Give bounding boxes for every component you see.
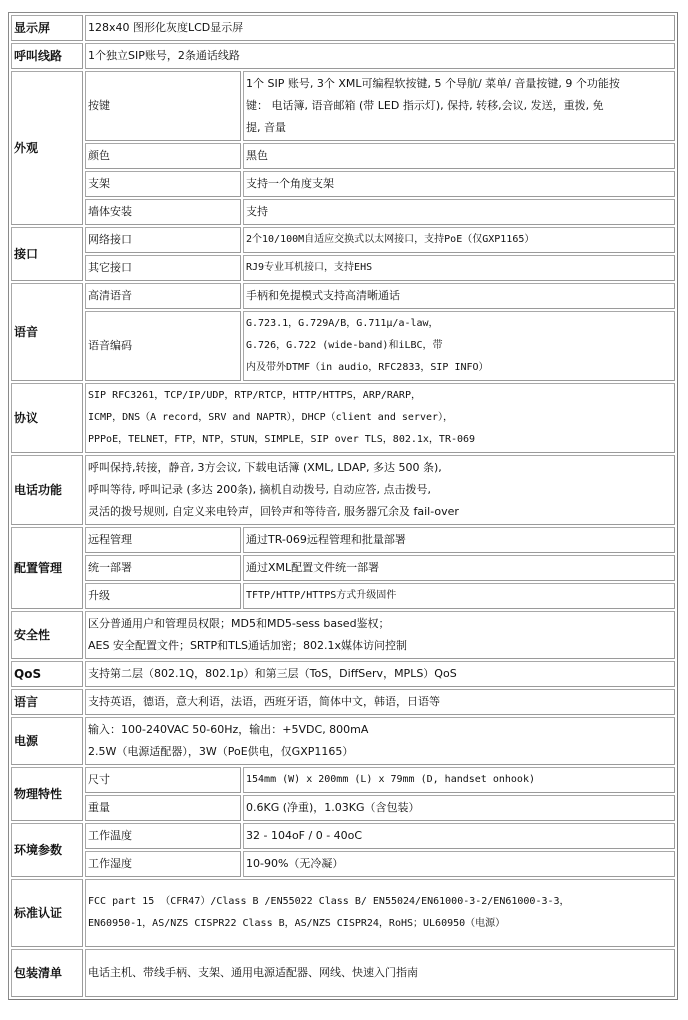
row-appearance-stand: 支架 支持一个角度支架 (11, 171, 675, 197)
value-line: G.723.1，G.729A/B，G.711μ/a-law， (246, 313, 672, 335)
stand-value: 支持一个角度支架 (243, 171, 675, 197)
protocols-value: SIP RFC3261，TCP/IP/UDP，RTP/RTCP，HTTP/HTT… (85, 383, 675, 453)
category-label: 包装清单 (11, 949, 83, 997)
deploy-value: 通过XML配置文件统一部署 (243, 555, 675, 581)
category-label: 协议 (11, 383, 83, 453)
display-value: 128x40 图形化灰度LCD显示屏 (85, 15, 675, 41)
sub-label: 颜色 (85, 143, 241, 169)
row-certification: 标准认证 FCC part 15 （CFR47）/Class B /EN5502… (11, 879, 675, 947)
value-line: 键： 电话簿, 语音邮箱 (带 LED 指示灯), 保持, 转移,会议, 发送，… (246, 95, 672, 117)
value-line: 1个 SIP 账号, 3个 XML可编程软按键, 5 个导航/ 菜单/ 音量按键… (246, 73, 672, 95)
row-language: 语言 支持英语，德语，意大利语，法语，西班牙语，简体中文，韩语，日语等 (11, 689, 675, 715)
value-line: 区分普通用户和管理员权限；MD5和MD5-sess based鉴权； (88, 613, 672, 635)
row-package: 包装清单 电话主机、带线手柄、支架、通用电源适配器、网线、快速入门指南 (11, 949, 675, 997)
category-label: 语言 (11, 689, 83, 715)
sub-label: 工作温度 (85, 823, 241, 849)
power-value: 输入：100-240VAC 50-60Hz，输出：+5VDC, 800mA 2.… (85, 717, 675, 765)
other-interface-value: RJ9专业耳机接口，支持EHS (243, 255, 675, 281)
size-value: 154mm (W) x 200mm (L) x 79mm (D, handset… (243, 767, 675, 793)
package-value: 电话主机、带线手柄、支架、通用电源适配器、网线、快速入门指南 (85, 949, 675, 997)
phone-features-value: 呼叫保持,转接，静音, 3方会议, 下载电话簿 (XML, LDAP, 多达 5… (85, 455, 675, 525)
row-interfaces-network: 接口 网络接口 2个10/100M自适应交换式以太网接口，支持PoE（仅GXP1… (11, 227, 675, 253)
temperature-value: 32 - 104oF / 0 - 40oC (243, 823, 675, 849)
value-line: PPPoE，TELNET，FTP，NTP，STUN，SIMPLE，SIP ove… (88, 429, 672, 451)
value-line: 呼叫保持,转接，静音, 3方会议, 下载电话簿 (XML, LDAP, 多达 5… (88, 457, 672, 479)
value-line: ICMP，DNS（A record，SRV and NAPTR），DHCP（cl… (88, 407, 672, 429)
category-label: 配置管理 (11, 527, 83, 609)
row-qos: QoS 支持第二层（802.1Q，802.1p）和第三层（ToS，DiffSer… (11, 661, 675, 687)
value-line: AES 安全配置文件；SRTP和TLS通话加密；802.1x媒体访问控制 (88, 635, 672, 657)
value-line: 呼叫等待, 呼叫记录 (多达 200条), 摘机自动拨号, 自动应答, 点击拨号… (88, 479, 672, 501)
value-line: FCC part 15 （CFR47）/Class B /EN55022 Cla… (88, 891, 672, 913)
row-config-remote: 配置管理 远程管理 通过TR-069远程管理和批量部署 (11, 527, 675, 553)
sub-label: 语音编码 (85, 311, 241, 381)
remote-mgmt-value: 通过TR-069远程管理和批量部署 (243, 527, 675, 553)
value-line: EN60950-1，AS/NZS CISPR22 Class B，AS/NZS … (88, 913, 672, 935)
row-call-lines: 呼叫线路 1个独立SIP账号，2条通话线路 (11, 43, 675, 69)
category-label: 环境参数 (11, 823, 83, 877)
category-label: 物理特性 (11, 767, 83, 821)
category-label: 接口 (11, 227, 83, 281)
keys-value: 1个 SIP 账号, 3个 XML可编程软按键, 5 个导航/ 菜单/ 音量按键… (243, 71, 675, 141)
sub-label: 尺寸 (85, 767, 241, 793)
value-line: 提, 音量 (246, 117, 672, 139)
row-config-upgrade: 升级 TFTP/HTTP/HTTPS方式升级固件 (11, 583, 675, 609)
category-label: 呼叫线路 (11, 43, 83, 69)
value-line: 内及带外DTMF（in audio，RFC2833，SIP INFO） (246, 357, 672, 379)
weight-value: 0.6KG (净重)，1.03KG（含包装） (243, 795, 675, 821)
value-line: G.726，G.722 (wide-band)和iLBC，带 (246, 335, 672, 357)
color-value: 黑色 (243, 143, 675, 169)
upgrade-value: TFTP/HTTP/HTTPS方式升级固件 (243, 583, 675, 609)
security-value: 区分普通用户和管理员权限；MD5和MD5-sess based鉴权； AES 安… (85, 611, 675, 659)
row-physical-size: 物理特性 尺寸 154mm (W) x 200mm (L) x 79mm (D,… (11, 767, 675, 793)
wall-mount-value: 支持 (243, 199, 675, 225)
language-value: 支持英语，德语，意大利语，法语，西班牙语，简体中文，韩语，日语等 (85, 689, 675, 715)
sub-label: 按键 (85, 71, 241, 141)
row-env-humidity: 工作湿度 10-90%（无冷凝） (11, 851, 675, 877)
category-label: 电源 (11, 717, 83, 765)
sub-label: 网络接口 (85, 227, 241, 253)
row-protocols: 协议 SIP RFC3261，TCP/IP/UDP，RTP/RTCP，HTTP/… (11, 383, 675, 453)
category-label: 标准认证 (11, 879, 83, 947)
sub-label: 升级 (85, 583, 241, 609)
row-voice-hd: 语音 高清语音 手柄和免提模式支持高清晰通话 (11, 283, 675, 309)
row-power: 电源 输入：100-240VAC 50-60Hz，输出：+5VDC, 800mA… (11, 717, 675, 765)
row-phone-features: 电话功能 呼叫保持,转接，静音, 3方会议, 下载电话簿 (XML, LDAP,… (11, 455, 675, 525)
value-line: 灵活的拨号规则, 自定义来电铃声，回铃声和等待音, 服务器冗余及 fail-ov… (88, 501, 672, 523)
row-appearance-keys: 外观 按键 1个 SIP 账号, 3个 XML可编程软按键, 5 个导航/ 菜单… (11, 71, 675, 141)
row-env-temp: 环境参数 工作温度 32 - 104oF / 0 - 40oC (11, 823, 675, 849)
sub-label: 高清语音 (85, 283, 241, 309)
row-physical-weight: 重量 0.6KG (净重)，1.03KG（含包装） (11, 795, 675, 821)
network-interface-value: 2个10/100M自适应交换式以太网接口，支持PoE（仅GXP1165） (243, 227, 675, 253)
value-line: SIP RFC3261，TCP/IP/UDP，RTP/RTCP，HTTP/HTT… (88, 385, 672, 407)
category-label: QoS (11, 661, 83, 687)
call-lines-value: 1个独立SIP账号，2条通话线路 (85, 43, 675, 69)
sub-label: 支架 (85, 171, 241, 197)
row-voice-codecs: 语音编码 G.723.1，G.729A/B，G.711μ/a-law， G.72… (11, 311, 675, 381)
value-line: 2.5W（电源适配器），3W（PoE供电，仅GXP1165） (88, 741, 672, 763)
row-config-deploy: 统一部署 通过XML配置文件统一部署 (11, 555, 675, 581)
sub-label: 其它接口 (85, 255, 241, 281)
qos-value: 支持第二层（802.1Q，802.1p）和第三层（ToS，DiffServ，MP… (85, 661, 675, 687)
row-interfaces-other: 其它接口 RJ9专业耳机接口，支持EHS (11, 255, 675, 281)
category-label: 电话功能 (11, 455, 83, 525)
category-label: 语音 (11, 283, 83, 381)
hd-voice-value: 手柄和免提模式支持高清晰通话 (243, 283, 675, 309)
codecs-value: G.723.1，G.729A/B，G.711μ/a-law， G.726，G.7… (243, 311, 675, 381)
spec-table: 显示屏 128x40 图形化灰度LCD显示屏 呼叫线路 1个独立SIP账号，2条… (8, 12, 678, 1000)
sub-label: 重量 (85, 795, 241, 821)
sub-label: 远程管理 (85, 527, 241, 553)
category-label: 安全性 (11, 611, 83, 659)
sub-label: 墙体安装 (85, 199, 241, 225)
certification-value: FCC part 15 （CFR47）/Class B /EN55022 Cla… (85, 879, 675, 947)
value-line: 输入：100-240VAC 50-60Hz，输出：+5VDC, 800mA (88, 719, 672, 741)
row-display: 显示屏 128x40 图形化灰度LCD显示屏 (11, 15, 675, 41)
humidity-value: 10-90%（无冷凝） (243, 851, 675, 877)
row-appearance-wall-mount: 墙体安装 支持 (11, 199, 675, 225)
category-label: 外观 (11, 71, 83, 225)
row-security: 安全性 区分普通用户和管理员权限；MD5和MD5-sess based鉴权； A… (11, 611, 675, 659)
category-label: 显示屏 (11, 15, 83, 41)
row-appearance-color: 颜色 黑色 (11, 143, 675, 169)
sub-label: 统一部署 (85, 555, 241, 581)
sub-label: 工作湿度 (85, 851, 241, 877)
